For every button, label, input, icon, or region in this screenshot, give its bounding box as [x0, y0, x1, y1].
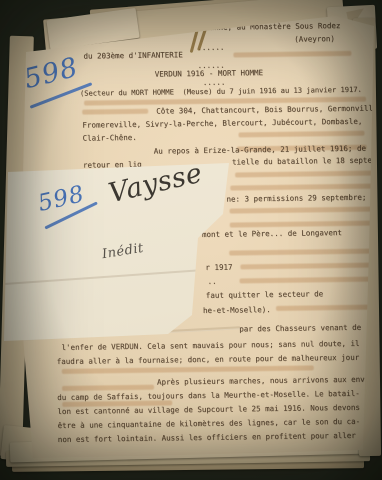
typed-line: ......: [197, 44, 224, 52]
typed-line: (Aveyron): [294, 35, 335, 44]
typed-line: lon est cantonné au village de Supcourt …: [57, 404, 360, 416]
handwritten-note: Inédit: [101, 241, 145, 262]
typed-line: ..: [208, 278, 217, 286]
typed-line: du camp de Saffais, toujours dans la Meu…: [57, 390, 360, 402]
typed-line: mont et le Père... de Longavent: [202, 229, 342, 239]
typed-line: tielle du bataillon le 18 septem-: [232, 156, 381, 166]
typed-line: Au repos à Erize-la-Grande, 21 juillet 1…: [154, 145, 366, 156]
typed-line: l'enfer de VERDUN. Cela sent mauvais pou…: [61, 340, 359, 352]
typed-line: faudra aller à la fournaise; donc, en ro…: [57, 354, 360, 366]
typed-line: ne: 3 permissions 29 septembre;: [226, 194, 366, 204]
typed-line: Fromereville, Sivry-la-Perche, Blercourt…: [82, 118, 362, 130]
typed-line: he-et-Moselle).: [203, 306, 271, 315]
typed-line: par des Chasseurs venant de: [239, 324, 361, 334]
typed-line: être à une cinquantaine de kilomètres de…: [58, 418, 361, 430]
typed-line: non est fort lointain. Aussi les officie…: [58, 432, 356, 444]
crease-line: [4, 269, 204, 284]
typed-line: Côte 304, Chattancourt, Bois Bourrus, Ge…: [156, 104, 382, 115]
typed-line: faut quitter le secteur de: [206, 290, 324, 300]
typed-line: Clair-Chêne.: [83, 134, 137, 143]
typed-line: Après plusieurs marches, nous arrivons a…: [157, 375, 382, 386]
photo-canvas: Pierre VAYSSE, rue de la Brianne, au Mon…: [0, 0, 382, 480]
typed-line: du 203ème d'INFANTERIE: [83, 51, 182, 60]
typed-line: (Secteur du MORT HOMME (Meuse) du 7 juin…: [80, 86, 362, 98]
typed-line: r 1917: [205, 264, 232, 272]
